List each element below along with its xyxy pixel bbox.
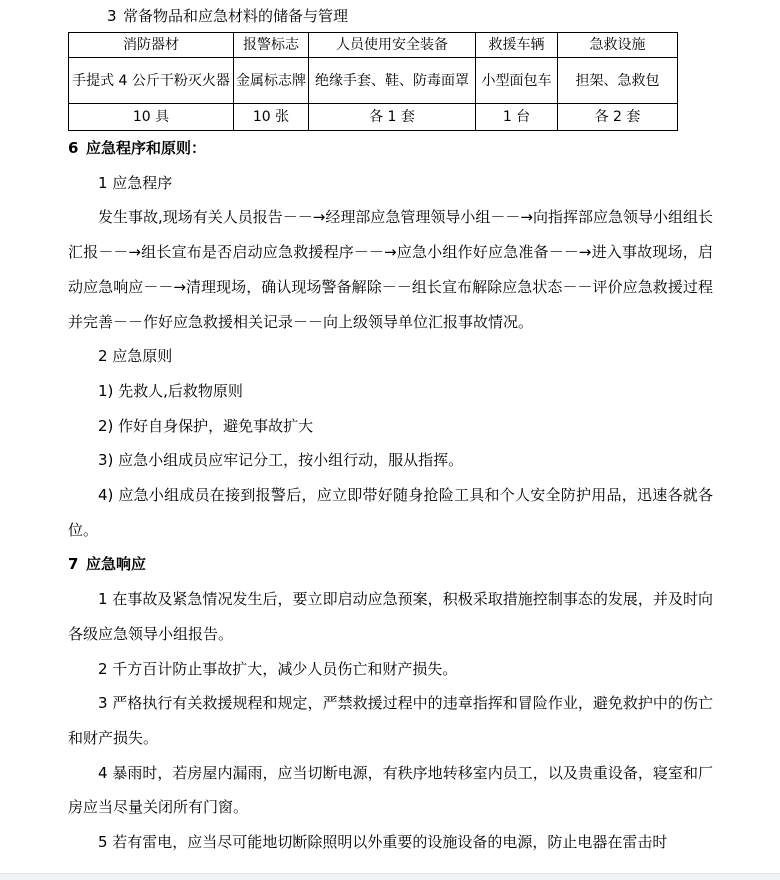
table-header-cell: 人员使用安全装备 xyxy=(309,33,476,58)
section3-heading-text: 常备物品和应急材料的储备与管理 xyxy=(123,7,348,25)
section6-subheading-principles: 2 应急原则 xyxy=(68,339,713,374)
table-cell: 金属标志牌 xyxy=(234,58,309,104)
list-item-response: 4 暴雨时，若房屋内漏雨，应当切断电源，有秩序地转移室内员工，以及贵重设备，寝室… xyxy=(68,756,713,825)
viewport-bottom-edge xyxy=(0,873,780,880)
section6-heading-text: 应急程序和原则： xyxy=(86,139,206,157)
list-item-response: 2 千方百计防止事故扩大，减少人员伤亡和财产损失。 xyxy=(68,652,713,687)
table-row-counts: 10 具 10 张 各 1 套 1 台 各 2 套 xyxy=(69,104,678,131)
section6-subheading-procedure: 1 应急程序 xyxy=(68,166,713,201)
table-cell: 绝缘手套、鞋、防毒面罩 xyxy=(309,58,476,104)
table-header-cell: 报警标志 xyxy=(234,33,309,58)
section7-heading: 7应急响应 xyxy=(68,547,713,582)
table-header-row: 消防器材 报警标志 人员使用安全装备 救援车辆 急救设施 xyxy=(69,33,678,58)
list-item-principle: 2) 作好自身保护，避免事故扩大 xyxy=(68,409,713,444)
table-row-items: 手提式 4 公斤干粉灭火器 金属标志牌 绝缘手套、鞋、防毒面罩 小型面包车 担架… xyxy=(69,58,678,104)
section7-heading-number: 7 xyxy=(68,547,86,582)
list-item-response: 1 在事故及紧急情况发生后，要立即启动应急预案，积极采取措施控制事态的发展，并及… xyxy=(68,582,713,651)
section6-heading-number: 6 xyxy=(68,131,86,166)
table-cell: 10 张 xyxy=(234,104,309,131)
document-page[interactable]: 3常备物品和应急材料的储备与管理 消防器材 报警标志 人员使用安全装备 救援车辆… xyxy=(0,0,780,880)
section3-heading: 3常备物品和应急材料的储备与管理 xyxy=(68,5,713,27)
document-content: 3常备物品和应急材料的储备与管理 消防器材 报警标志 人员使用安全装备 救援车辆… xyxy=(68,0,713,860)
table-cell: 1 台 xyxy=(476,104,558,131)
list-item-principle: 1) 先救人,后救物原则 xyxy=(68,374,713,409)
table-header-cell: 救援车辆 xyxy=(476,33,558,58)
table-cell: 10 具 xyxy=(69,104,234,131)
table-cell: 各 1 套 xyxy=(309,104,476,131)
table-cell: 各 2 套 xyxy=(558,104,678,131)
list-item-principle: 4) 应急小组成员在接到报警后，应立即带好随身抢险工具和个人安全防护用品，迅速各… xyxy=(68,478,713,547)
paragraph-emergency-procedure: 发生事故,现场有关人员报告－－→经理部应急管理领导小组－－→向指挥部应急领导小组… xyxy=(68,200,713,339)
table-cell: 小型面包车 xyxy=(476,58,558,104)
list-item-response: 5 若有雷电，应当尽可能地切断除照明以外重要的设施设备的电源，防止电器在雷击时 xyxy=(68,825,713,860)
supplies-table: 消防器材 报警标志 人员使用安全装备 救援车辆 急救设施 手提式 4 公斤干粉灭… xyxy=(68,32,678,131)
section7-heading-text: 应急响应 xyxy=(86,555,146,573)
section3-heading-number: 3 xyxy=(107,5,123,27)
table-cell: 手提式 4 公斤干粉灭火器 xyxy=(69,58,234,104)
document-text-flow: 6应急程序和原则： 1 应急程序 发生事故,现场有关人员报告－－→经理部应急管理… xyxy=(68,131,713,860)
list-item-principle: 3) 应急小组成员应牢记分工，按小组行动，服从指挥。 xyxy=(68,443,713,478)
section6-heading: 6应急程序和原则： xyxy=(68,131,713,166)
list-item-response: 3 严格执行有关救援规程和规定，严禁救援过程中的违章指挥和冒险作业，避免救护中的… xyxy=(68,686,713,755)
table-header-cell: 消防器材 xyxy=(69,33,234,58)
table-cell: 担架、急救包 xyxy=(558,58,678,104)
table-header-cell: 急救设施 xyxy=(558,33,678,58)
